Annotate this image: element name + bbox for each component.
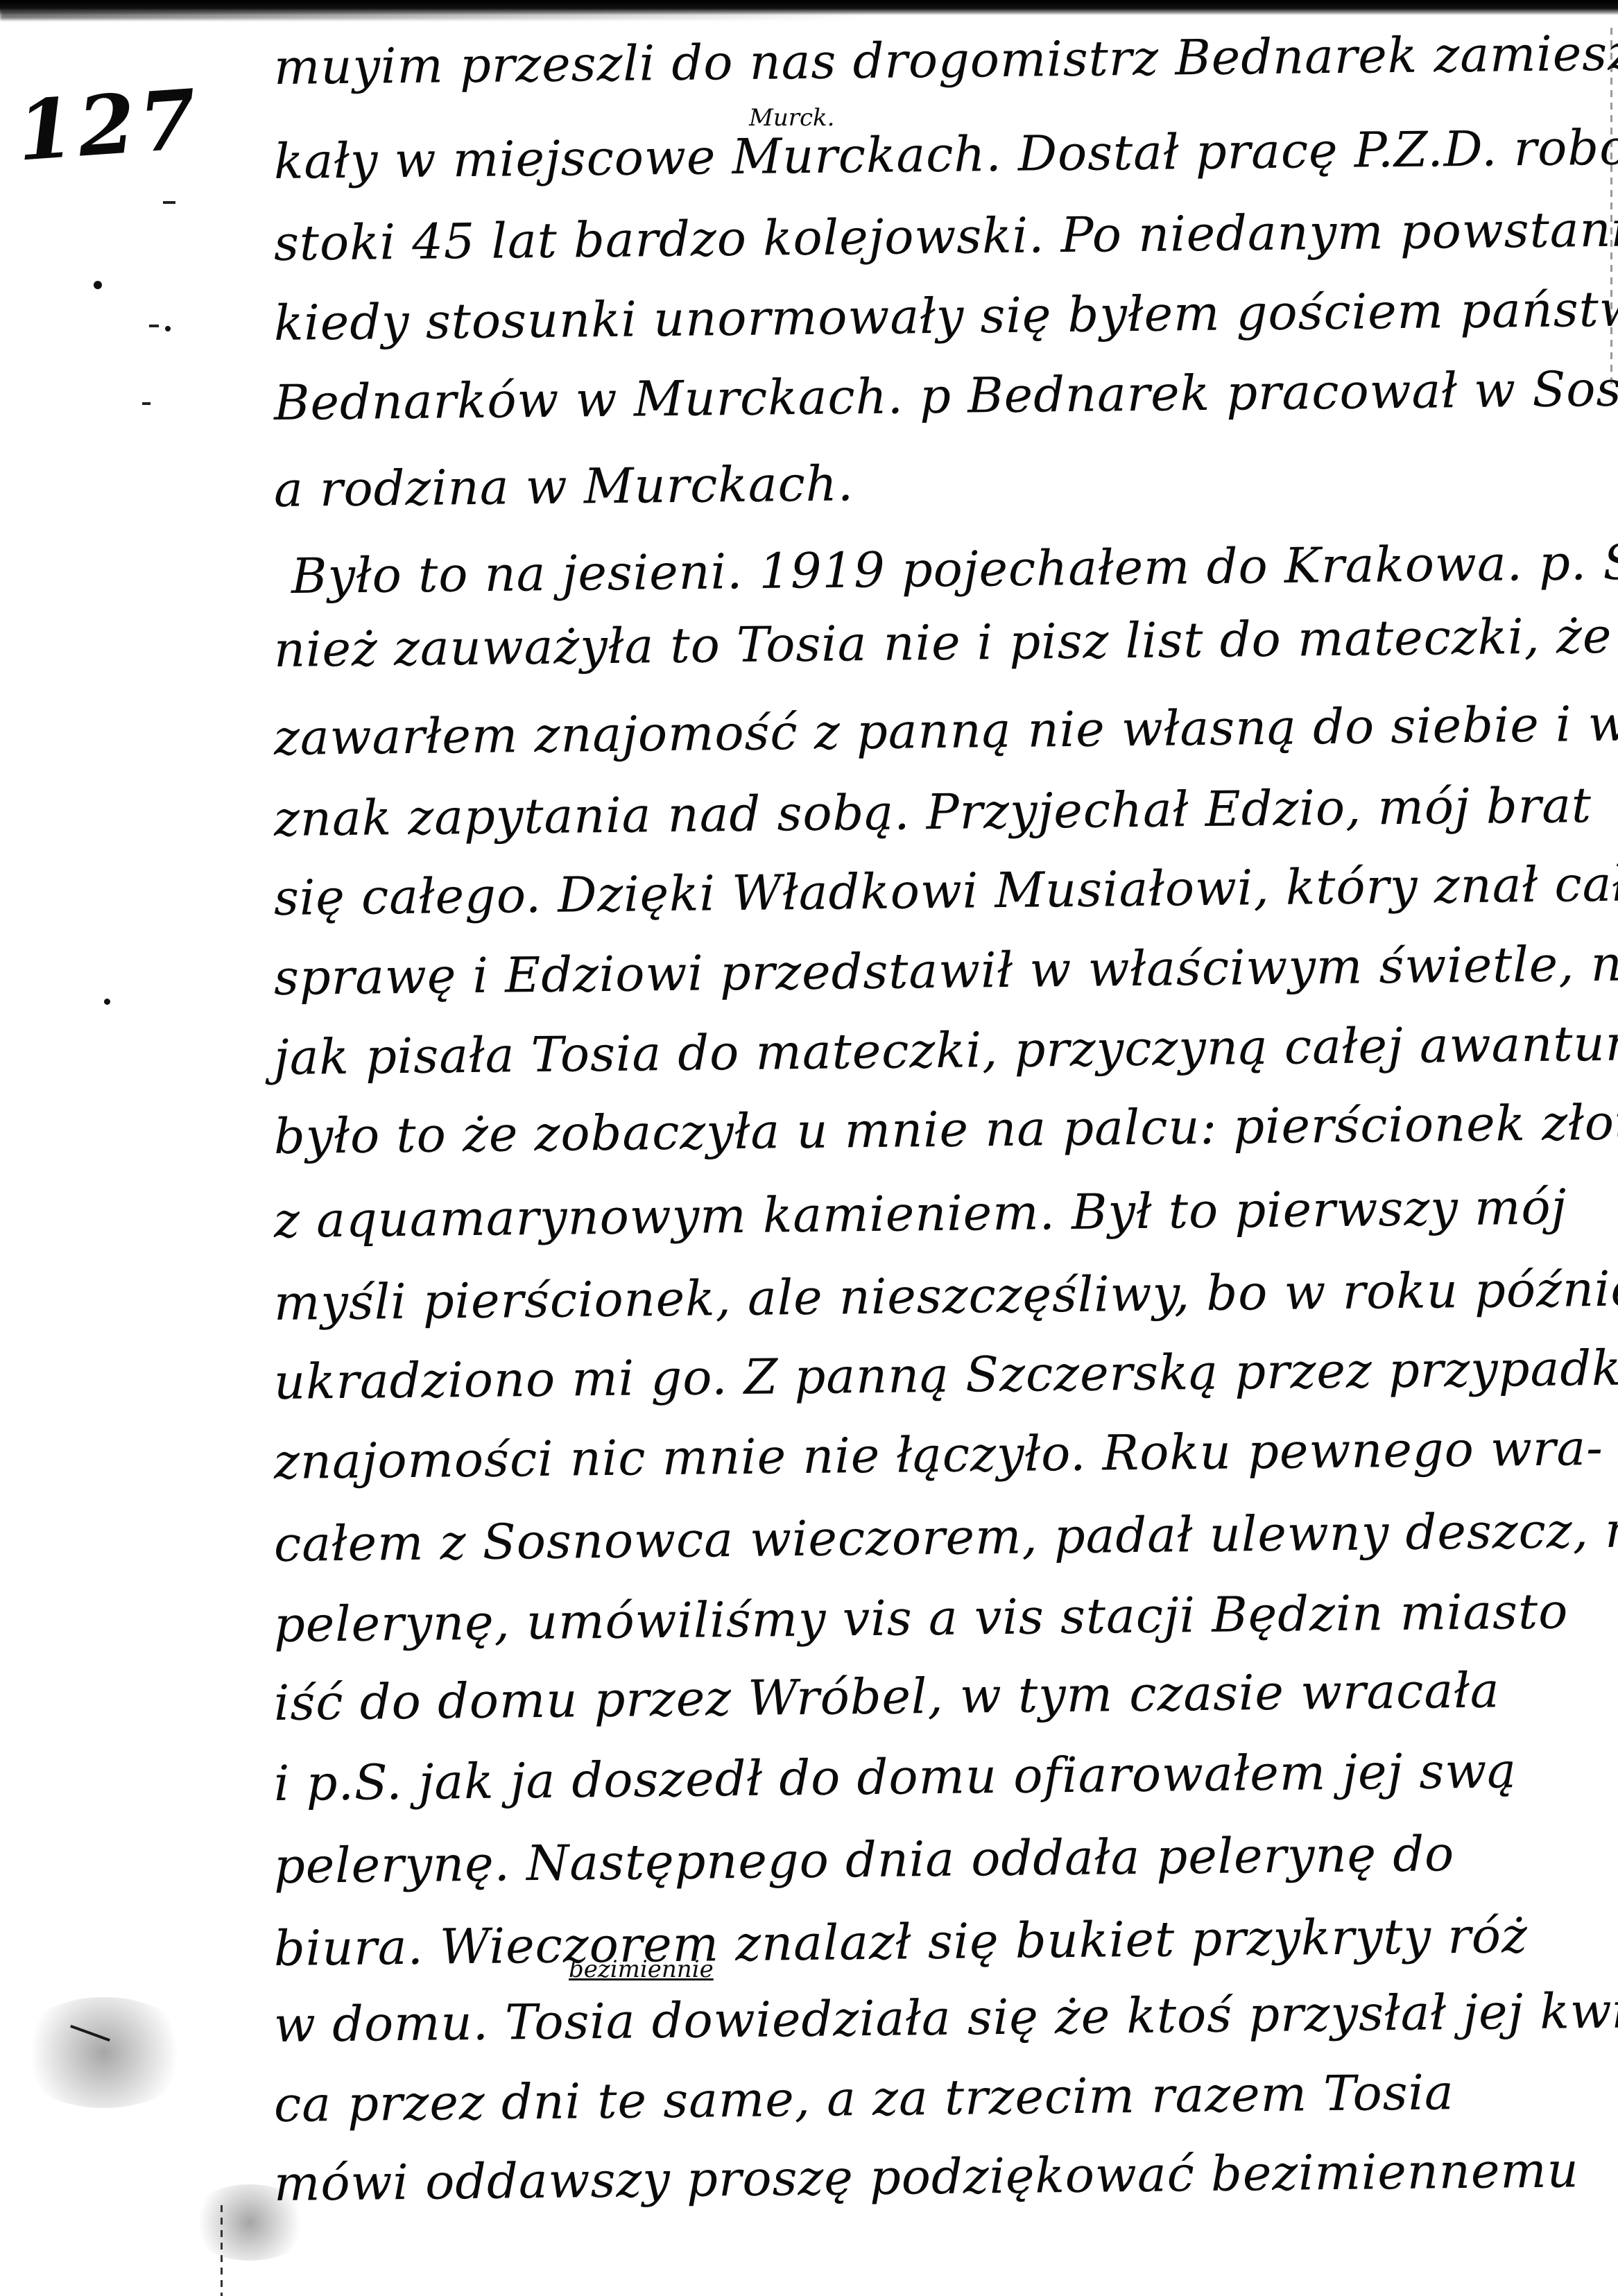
manuscript-line-2: kały w miejscowe Murckach. Dostał pracę … [274, 123, 1592, 186]
manuscript-line-3: stoki 45 lat bardzo kolejowski. Po nieda… [274, 205, 1592, 268]
manuscript-line-14: było to że zobaczyła u mnie na palcu: pi… [274, 1098, 1592, 1161]
margin-dash-mark [142, 402, 150, 405]
margin-ink-dot [94, 281, 102, 289]
manuscript-line-27: mówi oddawszy proszę podziękować bezimie… [274, 2146, 1592, 2208]
scan-smudge [187, 2184, 312, 2261]
manuscript-line-26: ca przez dni te same, a za trzecim razem… [274, 2066, 1592, 2129]
margin-ink-dot [104, 999, 110, 1005]
manuscript-line-5: Bednarków w Murckach. p Bednarek pracowa… [274, 365, 1592, 427]
manuscript-line-22: i p.S. jak ja doszedł do domu ofiarowałe… [274, 1745, 1592, 1808]
manuscript-line-25: w domu. Tosia dowiedziała się że ktoś pr… [274, 1987, 1592, 2049]
manuscript-line-21: iść do domu przez Wróbel, w tym czasie w… [274, 1665, 1592, 1727]
manuscript-line-20: pelerynę, umówiliśmy vis a vis stacji Bę… [274, 1587, 1592, 1649]
scan-smudge [14, 1997, 194, 2108]
manuscript-line-23: pelerynę. Następnego dnia oddała peleryn… [274, 1828, 1592, 1890]
manuscript-line-16: myśli pierścionek, ale nieszczęśliwy, bo… [274, 1265, 1592, 1327]
manuscript-line-18: znajomości nic mnie nie łączyło. Roku pe… [274, 1424, 1592, 1486]
manuscript-line-17: ukradziono mi go. Z panną Szczerską prze… [274, 1344, 1592, 1406]
manuscript-line-24: biura. Wieczorem znalazł się bukiet przy… [274, 1910, 1592, 1973]
manuscript-page: 127 muyim przeszli do nas drogomistrz Be… [0, 0, 1618, 2296]
margin-ink-dot [165, 326, 171, 331]
manuscript-line-6: a rodzina w Murckach. [274, 451, 1592, 514]
manuscript-line-9: zawarłem znajomość z panną nie własną do… [274, 700, 1592, 762]
manuscript-line-11: się całego. Dzięki Władkowi Musiałowi, k… [274, 860, 1592, 922]
page-number: 127 [14, 71, 203, 180]
manuscript-line-15: z aquamarynowym kamieniem. Był to pierws… [274, 1182, 1592, 1245]
manuscript-line-7: Było to na jesieni. 1919 pojechałem do K… [291, 538, 1610, 601]
manuscript-line-12: sprawę i Edziowi przedstawił w właściwym… [274, 940, 1592, 1002]
manuscript-line-8: nież zauważyła to Tosia nie i pisz list … [274, 612, 1592, 674]
scan-fold-line [221, 2205, 223, 2296]
margin-dash-mark [163, 201, 175, 204]
manuscript-line-10: znak zapytania nad sobą. Przyjechał Edzi… [274, 781, 1592, 843]
scan-right-edge-line [1610, 28, 1612, 388]
margin-dash-mark [149, 325, 159, 327]
manuscript-line-1: muyim przeszli do nas drogomistrz Bednar… [274, 29, 1592, 92]
manuscript-line-4: kiedy stosunki unormowały się byłem gośc… [274, 285, 1592, 347]
interlinear-note-bezimiennie: bezimiennie [569, 1956, 714, 1983]
manuscript-line-13: jak pisała Tosia do mateczki, przyczyną … [274, 1019, 1592, 1082]
manuscript-line-19: całem z Sosnowca wieczorem, padał ulewny… [274, 1506, 1592, 1569]
